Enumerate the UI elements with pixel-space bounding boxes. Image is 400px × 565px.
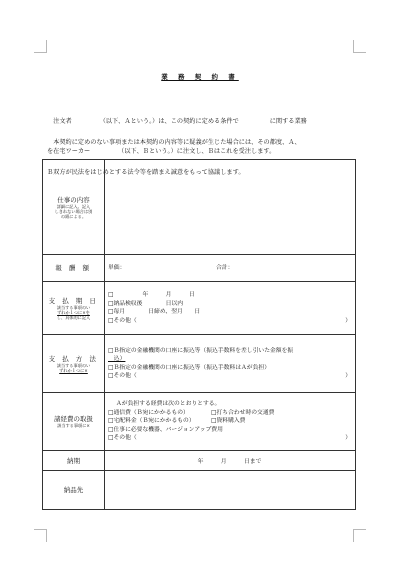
option-text: □その他（	[108, 372, 137, 381]
option-text: 年 月 日	[113, 291, 194, 300]
row-deadline: 納期 年 月 日まで	[43, 451, 356, 471]
intro-text: Ａが負担する経費は次のとおりとする。	[116, 400, 220, 409]
payment-method-label: 支 払 方 法	[43, 355, 104, 363]
expenses-row-1: □通信費（Ｂ宛にかかるもの） □打ち合わせ時の交通費	[108, 409, 351, 418]
expenses-label: 諸経費の取扱	[43, 415, 104, 423]
crop-mark-top-left	[34, 40, 47, 53]
destination-label-cell: 納品先	[43, 471, 105, 510]
expense-option-materials[interactable]: □資料購入費	[211, 417, 245, 426]
work-content-label: 仕事の内容	[43, 196, 104, 204]
crop-mark-bottom-right	[353, 529, 366, 542]
expenses-row-2: □宅配料金（Ｂ宛にかかるもの） □資料購入費	[108, 417, 351, 426]
deadline-label: 納期	[43, 457, 104, 465]
payment-method-option-deduct-fee-cont: 込）	[108, 355, 351, 364]
option-text: □その他（	[108, 434, 137, 443]
payment-date-option-other[interactable]: □その他（ ）	[108, 317, 351, 326]
option-text: □毎月 日締め、翌月 日	[108, 308, 200, 317]
row-delivery-destination: 納品先	[43, 471, 356, 510]
option-text: □仕事に必要な機器、バージョンアップ費用	[108, 426, 223, 435]
payment-date-label: 支 払 期 日	[43, 297, 104, 305]
payment-field[interactable]: 単価： 合計：	[105, 255, 356, 282]
destination-field[interactable]	[105, 471, 356, 510]
payment-date-label-cell: 支 払 期 日 該当する事項のい ずれか１つに×を し、具体的に記入	[43, 282, 105, 335]
deadline-value: 年 月 日まで	[108, 456, 351, 465]
expenses-note: 該当する事項に×	[43, 423, 104, 428]
expense-option-communication[interactable]: □通信費（Ｂ宛にかかるもの）	[108, 409, 211, 418]
note-text: 該当する事項のい	[57, 305, 91, 310]
expense-option-delivery[interactable]: □宅配料金（Ｂ宛にかかるもの）	[108, 417, 211, 426]
contract-table: 仕事の内容 詳細に記入。記入 しきれない場合は別 の紙による。 報 酬 額 単価…	[42, 159, 356, 510]
payment-method-option-deduct-fee[interactable]: □Ｂ指定の金融機関の口座に振込等（振込手数料を差し引いた金額を振	[108, 347, 351, 356]
payment-label-cell: 報 酬 額	[43, 255, 105, 282]
payment-method-options: □Ｂ指定の金融機関の口座に振込等（振込手数料を差し引いた金額を振 込） □Ｂ指定…	[105, 335, 356, 393]
payment-date-option-after-inspection[interactable]: □納品検収後 日以内	[108, 300, 351, 309]
expense-option-travel[interactable]: □打ち合わせ時の交通費	[211, 409, 274, 418]
payment-method-label-cell: 支 払 方 法 該当する事項のい ずれか１つに×	[43, 335, 105, 393]
deadline-field[interactable]: 年 月 日まで	[105, 451, 356, 471]
unit-price-label: 単価：	[108, 264, 216, 272]
payment-label: 報 酬 額	[43, 264, 104, 272]
payment-date-note: し、具体的に記入	[43, 315, 104, 320]
option-text: □Ｂ指定の金融機関の口座に振込等（振込手数料を差し引いた金額を振	[108, 347, 293, 356]
option-text: □納品検収後 日以内	[108, 300, 183, 309]
option-text: □Ｂ指定の金融機関の口座に振込等（振込手数料はＡが負担）	[108, 364, 270, 373]
payment-date-option-monthly[interactable]: □毎月 日締め、翌月 日	[108, 308, 351, 317]
destination-label: 納品先	[43, 486, 104, 494]
option-text: □その他（	[108, 317, 137, 326]
row-payment-method: 支 払 方 法 該当する事項のい ずれか１つに× □Ｂ指定の金融機関の口座に振込…	[43, 335, 356, 393]
row-payment-amount: 報 酬 額 単価： 合計：	[43, 255, 356, 282]
closing-paren: ）	[345, 434, 351, 443]
consultation-line: 本契約に定めのない事項または本契約の内容等に疑義が生じた場合には、その都度、Ａ、	[47, 138, 362, 148]
expense-option-other[interactable]: □その他（ ）	[108, 434, 351, 443]
crop-mark-bottom-left	[34, 529, 47, 542]
document-title: 業 務 契 約 書	[0, 72, 400, 81]
total-label: 合計：	[216, 264, 233, 272]
deadline-label-cell: 納期	[43, 451, 105, 471]
work-content-label-cell: 仕事の内容 詳細に記入。記入 しきれない場合は別 の紙による。	[43, 160, 105, 255]
expenses-label-cell: 諸経費の取扱 該当する事項に×	[43, 393, 105, 451]
closing-paren: ）	[345, 317, 351, 326]
closing-paren: ）	[345, 372, 351, 381]
payment-method-option-other[interactable]: □その他（ ）	[108, 372, 351, 381]
work-content-field[interactable]	[105, 160, 356, 255]
expenses-options: Ａが負担する経費は次のとおりとする。 □通信費（Ｂ宛にかかるもの） □打ち合わせ…	[105, 393, 356, 451]
payment-date-options: □ 年 月 日 □納品検収後 日以内 □毎月 日締め、翌月 日 □その他（ ）	[105, 282, 356, 335]
expenses-intro: Ａが負担する経費は次のとおりとする。	[108, 400, 351, 409]
payment-method-note: ずれか１つに×	[43, 368, 104, 373]
work-content-note: の紙による。	[43, 214, 104, 219]
payment-date-option-fixed[interactable]: □ 年 月 日	[108, 291, 351, 300]
payment-method-option-a-pays-fee[interactable]: □Ｂ指定の金融機関の口座に振込等（振込手数料はＡが負担）	[108, 364, 351, 373]
row-expenses: 諸経費の取扱 該当する事項に× Ａが負担する経費は次のとおりとする。 □通信費（…	[43, 393, 356, 451]
row-payment-date: 支 払 期 日 該当する事項のい ずれか１つに×を し、具体的に記入 □ 年 月…	[43, 282, 356, 335]
option-text: 込）	[108, 355, 125, 364]
expense-option-equipment[interactable]: □仕事に必要な機器、バージョンアップ費用	[108, 426, 351, 435]
crop-mark-top-right	[353, 40, 366, 53]
row-work-content: 仕事の内容 詳細に記入。記入 しきれない場合は別 の紙による。	[43, 160, 356, 255]
